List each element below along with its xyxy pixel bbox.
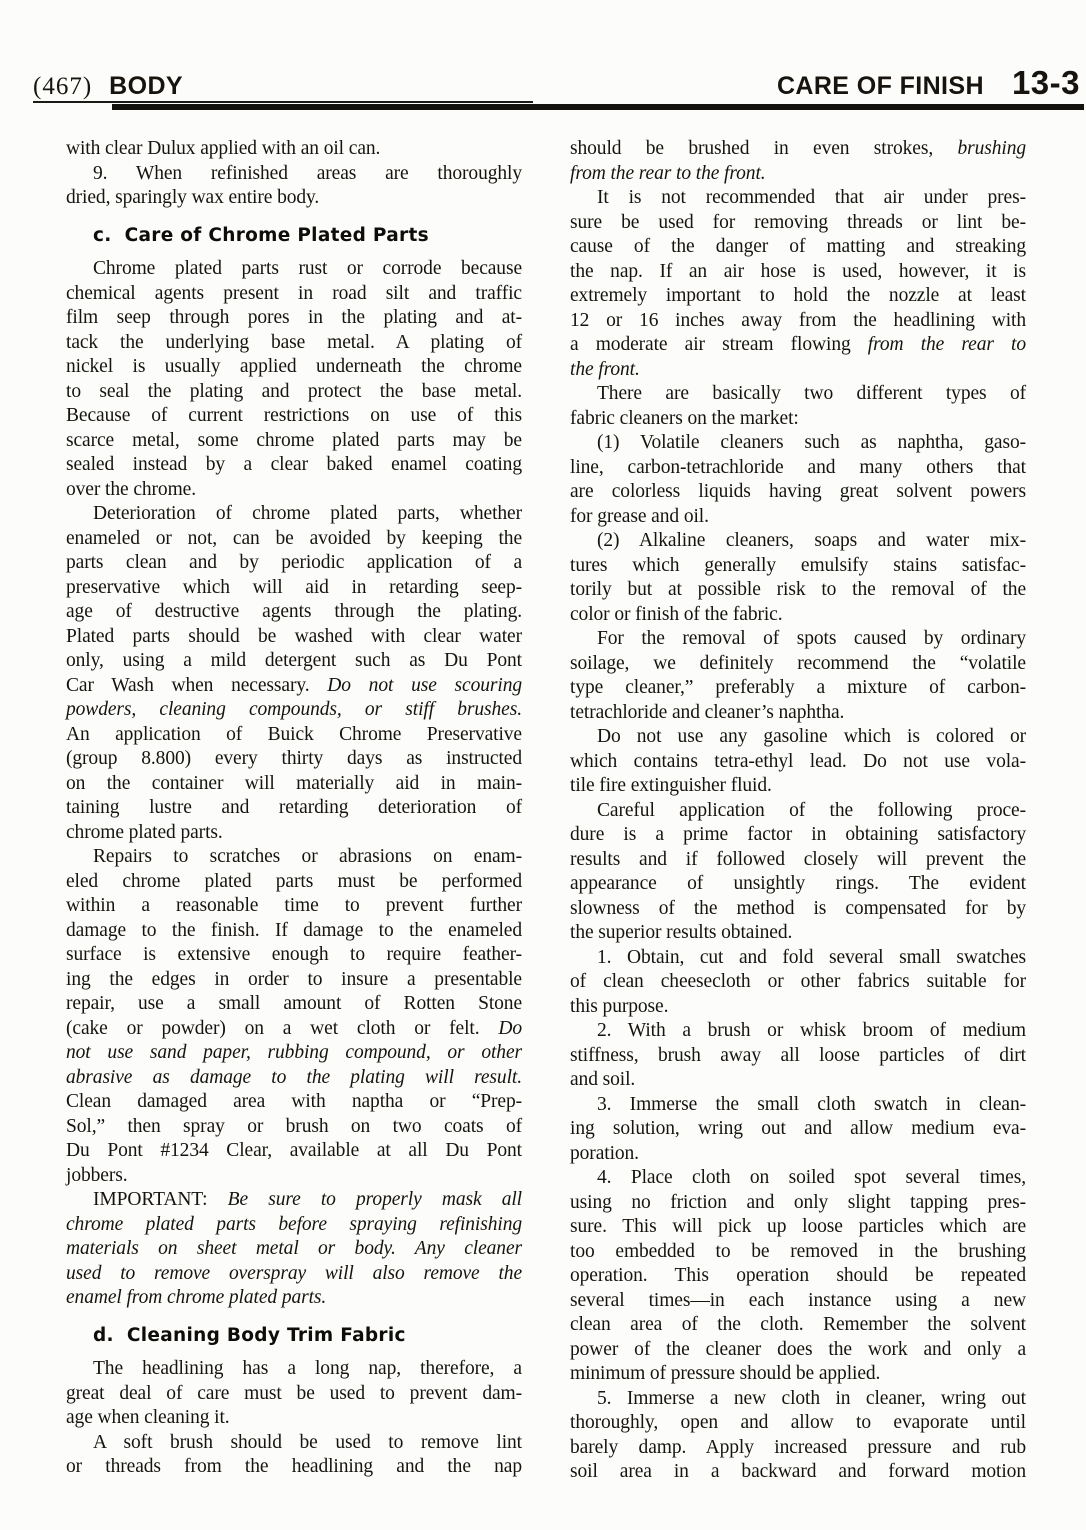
text-line: which contains tetra-ethyl lead. Do not …	[570, 750, 1026, 775]
page-code: 13-3	[1012, 64, 1080, 102]
text-run: Clean damaged area with naptha or “Prep-	[66, 1091, 522, 1112]
page-number: (467)	[33, 73, 92, 101]
text-line: Plated parts should be washed with clear…	[66, 625, 522, 650]
text-line: clean area of the cloth. Remember the so…	[570, 1313, 1026, 1338]
text-line: within a reasonable time to prevent furt…	[66, 894, 522, 919]
text-run: soil area in a backward and forward moti…	[570, 1461, 1026, 1482]
text-run: torily but at possible risk to the remov…	[570, 579, 1026, 600]
text-run: jobbers.	[66, 1165, 127, 1186]
text-run: Chrome plated parts rust or corrode beca…	[93, 258, 522, 279]
text-run-italic: Do not use scouring	[327, 675, 522, 696]
text-line: for grease and oil.	[570, 505, 1026, 530]
text-run: tile fire extinguisher fluid.	[570, 775, 772, 796]
text-line: Because of current restrictions on use o…	[66, 404, 522, 429]
text-line: color or finish of the fabric.	[570, 603, 1026, 628]
section-heading-label: c.	[93, 225, 112, 246]
text-line: The headlining has a long nap, therefore…	[66, 1357, 522, 1382]
text-line: parts clean and by periodic application …	[66, 551, 522, 576]
text-line: A soft brush should be used to remove li…	[66, 1431, 522, 1456]
text-line: are colorless liquids having great solve…	[570, 480, 1026, 505]
text-line: and soil.	[570, 1068, 1026, 1093]
text-line: only, using a mild detergent such as Du …	[66, 649, 522, 674]
text-run: eled chrome plated parts must be perform…	[66, 871, 522, 892]
text-run: repair, use a small amount of Rotten Sto…	[66, 993, 522, 1014]
text-run: which contains tetra-ethyl lead. Do not …	[570, 751, 1026, 772]
text-line: 9. When refinished areas are thoroughly	[66, 162, 522, 187]
text-line: It is not recommended that air under pre…	[570, 186, 1026, 211]
text-run: (2) Alkaline cleaners, soaps and water m…	[597, 530, 1026, 551]
text-line: tures which generally emulsify stains sa…	[570, 554, 1026, 579]
text-line: of clean cheesecloth or other fabrics su…	[570, 970, 1026, 995]
text-run: fabric cleaners on the market:	[570, 408, 799, 429]
text-run: 12 or 16 inches away from the headlining…	[570, 310, 1026, 331]
text-line: a moderate air stream flowing from the r…	[570, 333, 1026, 358]
section-heading: c.Care of Chrome Plated Parts	[93, 224, 522, 249]
text-line: tetrachloride and cleaner’s naphtha.	[570, 701, 1026, 726]
manual-page: (467) BODY CARE OF FINISH 13-3 with clea…	[0, 0, 1086, 1530]
text-run: thoroughly, open and allow to evaporate …	[570, 1412, 1026, 1433]
text-line: sure be used for removing threads or lin…	[570, 211, 1026, 236]
text-line: over the chrome.	[66, 478, 522, 503]
text-line: Deterioration of chrome plated parts, wh…	[66, 502, 522, 527]
text-run: enameled or not, can be avoided by keepi…	[66, 528, 522, 549]
text-line: preservative which will aid in retarding…	[66, 576, 522, 601]
text-line: sealed instead by a clear baked enamel c…	[66, 453, 522, 478]
text-run: (cake or powder) on a wet cloth or felt.	[66, 1018, 498, 1039]
text-run: An application of Buick Chrome Preservat…	[66, 724, 522, 745]
header-rule-thick	[112, 104, 1084, 110]
text-line: 1. Obtain, cut and fold several small sw…	[570, 946, 1026, 971]
text-run: slowness of the method is compensated fo…	[570, 898, 1026, 919]
text-line: ing the edges in order to insure a prese…	[66, 968, 522, 993]
text-run: dried, sparingly wax entire body.	[66, 187, 319, 208]
text-run-italic: Be sure to properly mask all	[228, 1189, 522, 1210]
text-run: a moderate air stream flowing	[570, 334, 868, 355]
text-line: several times—in each instance using a n…	[570, 1289, 1026, 1314]
text-run: several times—in each instance using a n…	[570, 1290, 1026, 1311]
text-line: chrome plated parts.	[66, 821, 522, 846]
text-run: parts clean and by periodic application …	[66, 552, 522, 573]
text-run: taining lustre and retarding deteriorati…	[66, 797, 522, 818]
text-run: sure. This will pick up loose particles …	[570, 1216, 1026, 1237]
text-line: this purpose.	[570, 995, 1026, 1020]
text-run: For the removal of spots caused by ordin…	[597, 628, 1026, 649]
text-line: tile fire extinguisher fluid.	[570, 774, 1026, 799]
section-heading-label: d.	[93, 1325, 114, 1346]
text-line: sure. This will pick up loose particles …	[570, 1215, 1026, 1240]
text-line: 2. With a brush or whisk broom of medium	[570, 1019, 1026, 1044]
text-run: to seal the plating and protect the base…	[66, 381, 522, 402]
text-run: scarce metal, some chrome plated parts m…	[66, 430, 522, 451]
text-line: slowness of the method is compensated fo…	[570, 897, 1026, 922]
text-run-italic: chrome plated parts before spraying refi…	[66, 1214, 522, 1235]
text-line: dure is a prime factor in obtaining sati…	[570, 823, 1026, 848]
text-line: thoroughly, open and allow to evaporate …	[570, 1411, 1026, 1436]
text-run: chemical agents present in road silt and…	[66, 283, 522, 304]
text-line: scarce metal, some chrome plated parts m…	[66, 429, 522, 454]
text-run: Because of current restrictions on use o…	[66, 405, 522, 426]
text-run: surface is extensive enough to require f…	[66, 944, 522, 965]
text-run: using no friction and only slight tappin…	[570, 1192, 1026, 1213]
text-run: for grease and oil.	[570, 506, 709, 527]
text-run: Careful application of the following pro…	[597, 800, 1026, 821]
text-run: IMPORTANT:	[93, 1189, 228, 1210]
text-run: tures which generally emulsify stains sa…	[570, 555, 1026, 576]
text-run: great deal of care must be used to preve…	[66, 1383, 522, 1404]
text-run: of clean cheesecloth or other fabrics su…	[570, 971, 1026, 992]
text-run: within a reasonable time to prevent furt…	[66, 895, 522, 916]
text-run: and soil.	[570, 1069, 635, 1090]
text-run: poration.	[570, 1143, 639, 1164]
text-run: cause of the danger of matting and strea…	[570, 236, 1026, 257]
text-line: tack the underlying base metal. A platin…	[66, 331, 522, 356]
text-run: the nap. If an air hose is used, however…	[570, 261, 1026, 282]
text-run-italic: from the rear to the front.	[570, 163, 766, 184]
text-run: Du Pont #1234 Clear, available at all Du…	[66, 1140, 522, 1161]
text-run: It is not recommended that air under pre…	[597, 187, 1026, 208]
text-run: Sol,” then spray or brush on two coats o…	[66, 1116, 522, 1137]
text-line: Sol,” then spray or brush on two coats o…	[66, 1115, 522, 1140]
text-line: power of the cleaner does the work and o…	[570, 1338, 1026, 1363]
text-line: (group 8.800) every thirty days as instr…	[66, 747, 522, 772]
text-run: Repairs to scratches or abrasions on ena…	[93, 846, 522, 867]
column-left: with clear Dulux applied with an oil can…	[66, 137, 522, 1480]
text-run: this purpose.	[570, 996, 668, 1017]
text-run: The headlining has a long nap, therefore…	[93, 1358, 522, 1379]
text-line: Careful application of the following pro…	[570, 799, 1026, 824]
text-line: soil area in a backward and forward moti…	[570, 1460, 1026, 1485]
text-run: A soft brush should be used to remove li…	[93, 1432, 522, 1453]
text-line: powders, cleaning compounds, or stiff br…	[66, 698, 522, 723]
text-run-italic: from the rear to	[868, 334, 1026, 355]
text-run: extremely important to hold the nozzle a…	[570, 285, 1026, 306]
text-run: over the chrome.	[66, 479, 196, 500]
text-run: preservative which will aid in retarding…	[66, 577, 522, 598]
text-line: dried, sparingly wax entire body.	[66, 186, 522, 211]
text-run-italic: brushing	[957, 138, 1026, 159]
text-run: age of destructive agents through the pl…	[66, 601, 522, 622]
text-run: (group 8.800) every thirty days as instr…	[66, 748, 522, 769]
text-line: eled chrome plated parts must be perform…	[66, 870, 522, 895]
text-run: soilage, we definitely recommend the “vo…	[570, 653, 1026, 674]
text-line: the nap. If an air hose is used, however…	[570, 260, 1026, 285]
text-line: (1) Volatile cleaners such as naphtha, g…	[570, 431, 1026, 456]
text-run-italic: enamel from chrome plated parts.	[66, 1287, 326, 1308]
text-run: sealed instead by a clear baked enamel c…	[66, 454, 522, 475]
section-heading-text: Cleaning Body Trim Fabric	[127, 1325, 406, 1346]
text-run: film seep through pores in the plating a…	[66, 307, 522, 328]
text-line: film seep through pores in the plating a…	[66, 306, 522, 331]
text-run: 9. When refinished areas are thoroughly	[93, 163, 522, 184]
text-line: age of destructive agents through the pl…	[66, 600, 522, 625]
text-line: repair, use a small amount of Rotten Sto…	[66, 992, 522, 1017]
text-run: dure is a prime factor in obtaining sati…	[570, 824, 1026, 845]
text-line: using no friction and only slight tappin…	[570, 1191, 1026, 1216]
text-run: 5. Immerse a new cloth in cleaner, wring…	[597, 1388, 1026, 1409]
text-line: 4. Place cloth on soiled spot several ti…	[570, 1166, 1026, 1191]
text-run: Do not use any gasoline which is colored…	[597, 726, 1026, 747]
column-right: should be brushed in even strokes, brush…	[570, 137, 1026, 1485]
text-run-italic: abrasive as damage to the plating will r…	[66, 1067, 522, 1088]
text-line: the superior results obtained.	[570, 921, 1026, 946]
text-run-italic: Do	[498, 1018, 522, 1039]
text-run-italic: used to remove overspray will also remov…	[66, 1263, 522, 1284]
text-line: 3. Immerse the small cloth swatch in cle…	[570, 1093, 1026, 1118]
text-run-italic: powders, cleaning compounds, or stiff br…	[66, 699, 522, 720]
text-run-italic: the front.	[570, 359, 640, 380]
text-line: Do not use any gasoline which is colored…	[570, 725, 1026, 750]
text-line: Car Wash when necessary. Do not use scou…	[66, 674, 522, 699]
text-run: tetrachloride and cleaner’s naphtha.	[570, 702, 844, 723]
text-run: age when cleaning it.	[66, 1407, 230, 1428]
text-run: clean area of the cloth. Remember the so…	[570, 1314, 1026, 1335]
text-line: or threads from the headlining and the n…	[66, 1455, 522, 1480]
text-line: type cleaner,” preferably a mixture of c…	[570, 676, 1026, 701]
text-run: 4. Place cloth on soiled spot several ti…	[597, 1167, 1026, 1188]
text-line: results and if followed closely will pre…	[570, 848, 1026, 873]
text-line: enameled or not, can be avoided by keepi…	[66, 527, 522, 552]
text-run: are colorless liquids having great solve…	[570, 481, 1026, 502]
text-run: or threads from the headlining and the n…	[66, 1456, 522, 1477]
text-run: minimum of pressure should be applied.	[570, 1363, 880, 1384]
header-rule-thin	[33, 101, 533, 103]
text-run: line, carbon-tetrachloride and many othe…	[570, 457, 1026, 478]
text-line: the front.	[570, 358, 1026, 383]
text-run: tack the underlying base metal. A platin…	[66, 332, 522, 353]
text-run: sure be used for removing threads or lin…	[570, 212, 1026, 233]
text-line: too embedded to be removed in the brushi…	[570, 1240, 1026, 1265]
text-run: 2. With a brush or whisk broom of medium	[597, 1020, 1026, 1041]
text-run: 1. Obtain, cut and fold several small sw…	[597, 947, 1026, 968]
text-run: There are basically two different types …	[597, 383, 1026, 404]
text-run: ing solution, wring out and allow medium…	[570, 1118, 1026, 1139]
text-line: extremely important to hold the nozzle a…	[570, 284, 1026, 309]
text-line: There are basically two different types …	[570, 382, 1026, 407]
text-line: materials on sheet metal or body. Any cl…	[66, 1237, 522, 1262]
section-title-right: CARE OF FINISH	[777, 72, 984, 101]
text-line: cause of the danger of matting and strea…	[570, 235, 1026, 260]
text-run: appearance of unsightly rings. The evide…	[570, 873, 1026, 894]
text-line: Chrome plated parts rust or corrode beca…	[66, 257, 522, 282]
text-run: (1) Volatile cleaners such as naphtha, g…	[597, 432, 1026, 453]
text-line: on the container will materially aid in …	[66, 772, 522, 797]
text-line: should be brushed in even strokes, brush…	[570, 137, 1026, 162]
text-line: to seal the plating and protect the base…	[66, 380, 522, 405]
text-line: ing solution, wring out and allow medium…	[570, 1117, 1026, 1142]
text-run: the superior results obtained.	[570, 922, 792, 943]
text-run: results and if followed closely will pre…	[570, 849, 1026, 870]
section-title-left: BODY	[109, 72, 183, 101]
text-line: minimum of pressure should be applied.	[570, 1362, 1026, 1387]
text-line: 5. Immerse a new cloth in cleaner, wring…	[570, 1387, 1026, 1412]
text-run: Car Wash when necessary.	[66, 675, 327, 696]
text-run: chrome plated parts.	[66, 822, 223, 843]
header-left-group: (467) BODY	[33, 72, 183, 101]
text-run: only, using a mild detergent such as Du …	[66, 650, 522, 671]
text-run: ing the edges in order to insure a prese…	[66, 969, 522, 990]
text-run: color or finish of the fabric.	[570, 604, 783, 625]
text-line: enamel from chrome plated parts.	[66, 1286, 522, 1311]
header-right-group: CARE OF FINISH 13-3	[777, 64, 1080, 102]
text-line: IMPORTANT: Be sure to properly mask all	[66, 1188, 522, 1213]
text-line: soilage, we definitely recommend the “vo…	[570, 652, 1026, 677]
text-run: on the container will materially aid in …	[66, 773, 522, 794]
text-line: appearance of unsightly rings. The evide…	[570, 872, 1026, 897]
text-run: stiffness, brush away all loose particle…	[570, 1045, 1026, 1066]
text-line: fabric cleaners on the market:	[570, 407, 1026, 432]
text-run: damage to the finish. If damage to the e…	[66, 920, 522, 941]
text-line: jobbers.	[66, 1164, 522, 1189]
text-line: For the removal of spots caused by ordin…	[570, 627, 1026, 652]
text-run: barely damp. Apply increased pressure an…	[570, 1437, 1026, 1458]
text-line: nickel is usually applied underneath the…	[66, 355, 522, 380]
text-line: Du Pont #1234 Clear, available at all Du…	[66, 1139, 522, 1164]
text-line: barely damp. Apply increased pressure an…	[570, 1436, 1026, 1461]
text-run: type cleaner,” preferably a mixture of c…	[570, 677, 1026, 698]
text-run-italic: not use sand paper, rubbing compound, or…	[66, 1042, 522, 1063]
text-line: torily but at possible risk to the remov…	[570, 578, 1026, 603]
text-line: abrasive as damage to the plating will r…	[66, 1066, 522, 1091]
text-line: not use sand paper, rubbing compound, or…	[66, 1041, 522, 1066]
text-line: An application of Buick Chrome Preservat…	[66, 723, 522, 748]
text-line: surface is extensive enough to require f…	[66, 943, 522, 968]
text-run: should be brushed in even strokes,	[570, 138, 957, 159]
text-line: stiffness, brush away all loose particle…	[570, 1044, 1026, 1069]
text-line: damage to the finish. If damage to the e…	[66, 919, 522, 944]
text-line: (2) Alkaline cleaners, soaps and water m…	[570, 529, 1026, 554]
text-run: Plated parts should be washed with clear…	[66, 626, 522, 647]
text-run: power of the cleaner does the work and o…	[570, 1339, 1026, 1360]
text-line: line, carbon-tetrachloride and many othe…	[570, 456, 1026, 481]
text-run: Deterioration of chrome plated parts, wh…	[93, 503, 522, 524]
text-line: Clean damaged area with naptha or “Prep-	[66, 1090, 522, 1115]
text-run: too embedded to be removed in the brushi…	[570, 1241, 1026, 1262]
text-run: nickel is usually applied underneath the…	[66, 356, 522, 377]
text-run-italic: materials on sheet metal or body. Any cl…	[66, 1238, 522, 1259]
text-line: from the rear to the front.	[570, 162, 1026, 187]
text-line: (cake or powder) on a wet cloth or felt.…	[66, 1017, 522, 1042]
text-line: taining lustre and retarding deteriorati…	[66, 796, 522, 821]
text-line: used to remove overspray will also remov…	[66, 1262, 522, 1287]
text-line: age when cleaning it.	[66, 1406, 522, 1431]
text-run: 3. Immerse the small cloth swatch in cle…	[597, 1094, 1026, 1115]
section-heading-text: Care of Chrome Plated Parts	[125, 225, 429, 246]
text-line: chemical agents present in road silt and…	[66, 282, 522, 307]
text-line: with clear Dulux applied with an oil can…	[66, 137, 522, 162]
text-line: 12 or 16 inches away from the headlining…	[570, 309, 1026, 334]
text-line: poration.	[570, 1142, 1026, 1167]
section-heading: d.Cleaning Body Trim Fabric	[93, 1324, 522, 1349]
text-run: with clear Dulux applied with an oil can…	[66, 138, 380, 159]
page-header: (467) BODY CARE OF FINISH 13-3	[33, 64, 1080, 102]
text-line: Repairs to scratches or abrasions on ena…	[66, 845, 522, 870]
text-line: chrome plated parts before spraying refi…	[66, 1213, 522, 1238]
text-run: operation. This operation should be repe…	[570, 1265, 1026, 1286]
text-line: operation. This operation should be repe…	[570, 1264, 1026, 1289]
text-line: great deal of care must be used to preve…	[66, 1382, 522, 1407]
